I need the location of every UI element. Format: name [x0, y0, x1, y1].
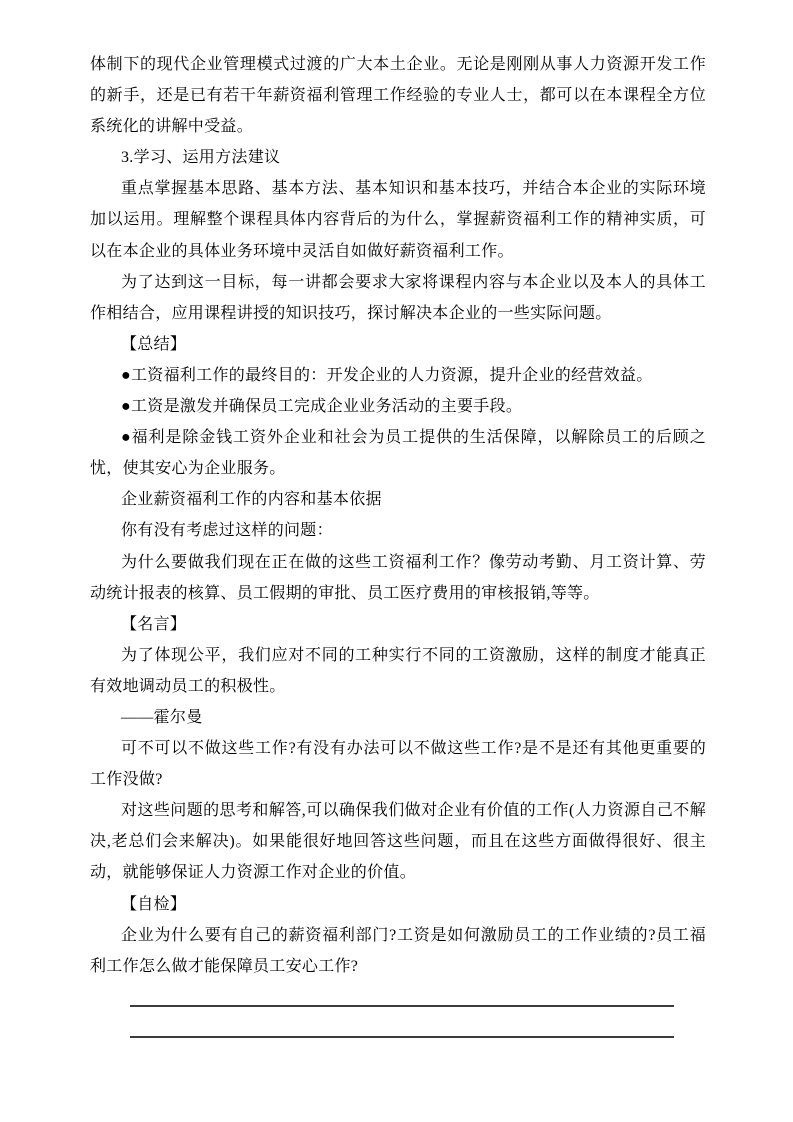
bullet-item: ●工资是激发并确保员工完成企业业务活动的主要手段。	[90, 391, 706, 422]
numbered-heading: 3.学习、运用方法建议	[90, 142, 706, 173]
body: 企业为什么要有自己的薪资福利部门?工资是如何激励员工的工作业绩的?员工福利工作怎…	[90, 920, 706, 982]
quote-attribution: ——霍尔曼	[90, 702, 706, 733]
document-body: 体制下的现代企业管理模式过渡的广大本土企业。无论是刚刚从事人力资源开发工作的新手…	[90, 49, 706, 982]
bullet-item: ●工资福利工作的最终目的：开发企业的人力资源，提升企业的经营效益。	[90, 360, 706, 391]
body: 为什么要做我们现在正在做的这些工资福利工作？像劳动考勤、月工资计算、劳动统计报表…	[90, 547, 706, 609]
answer-blank-line	[130, 976, 674, 1007]
section-label-summary: 【总结】	[90, 329, 706, 360]
body: 可不可以不做这些工作?有没有办法可以不做这些工作?是不是还有其他更重要的工作没做…	[90, 733, 706, 795]
section-label-selfcheck: 【自检】	[90, 889, 706, 920]
body: 企业薪资福利工作的内容和基本依据	[90, 484, 706, 515]
body: 为了达到这一目标，每一讲都会要求大家将课程内容与本企业以及本人的具体工作相结合，…	[90, 267, 706, 329]
document-page: 体制下的现代企业管理模式过渡的广大本土企业。无论是刚刚从事人力资源开发工作的新手…	[0, 0, 793, 1122]
body: 重点掌握基本思路、基本方法、基本知识和基本技巧，并结合本企业的实际环境加以运用。…	[90, 173, 706, 266]
body-continuation: 体制下的现代企业管理模式过渡的广大本土企业。无论是刚刚从事人力资源开发工作的新手…	[90, 49, 706, 142]
body: 对这些问题的思考和解答,可以确保我们做对企业有价值的工作(人力资源自己不解决,老…	[90, 795, 706, 888]
quote: 为了体现公平，我们应对不同的工种实行不同的工资激励，这样的制度才能真正有效地调动…	[90, 640, 706, 702]
answer-blank-line	[130, 1007, 674, 1038]
body: 你有没有考虑过这样的问题：	[90, 515, 706, 546]
bullet-item: ●福利是除金钱工资外企业和社会为员工提供的生活保障，以解除员工的后顾之忧，使其安…	[90, 422, 706, 484]
section-label-quote: 【名言】	[90, 609, 706, 640]
answer-blank-area	[130, 976, 674, 1038]
